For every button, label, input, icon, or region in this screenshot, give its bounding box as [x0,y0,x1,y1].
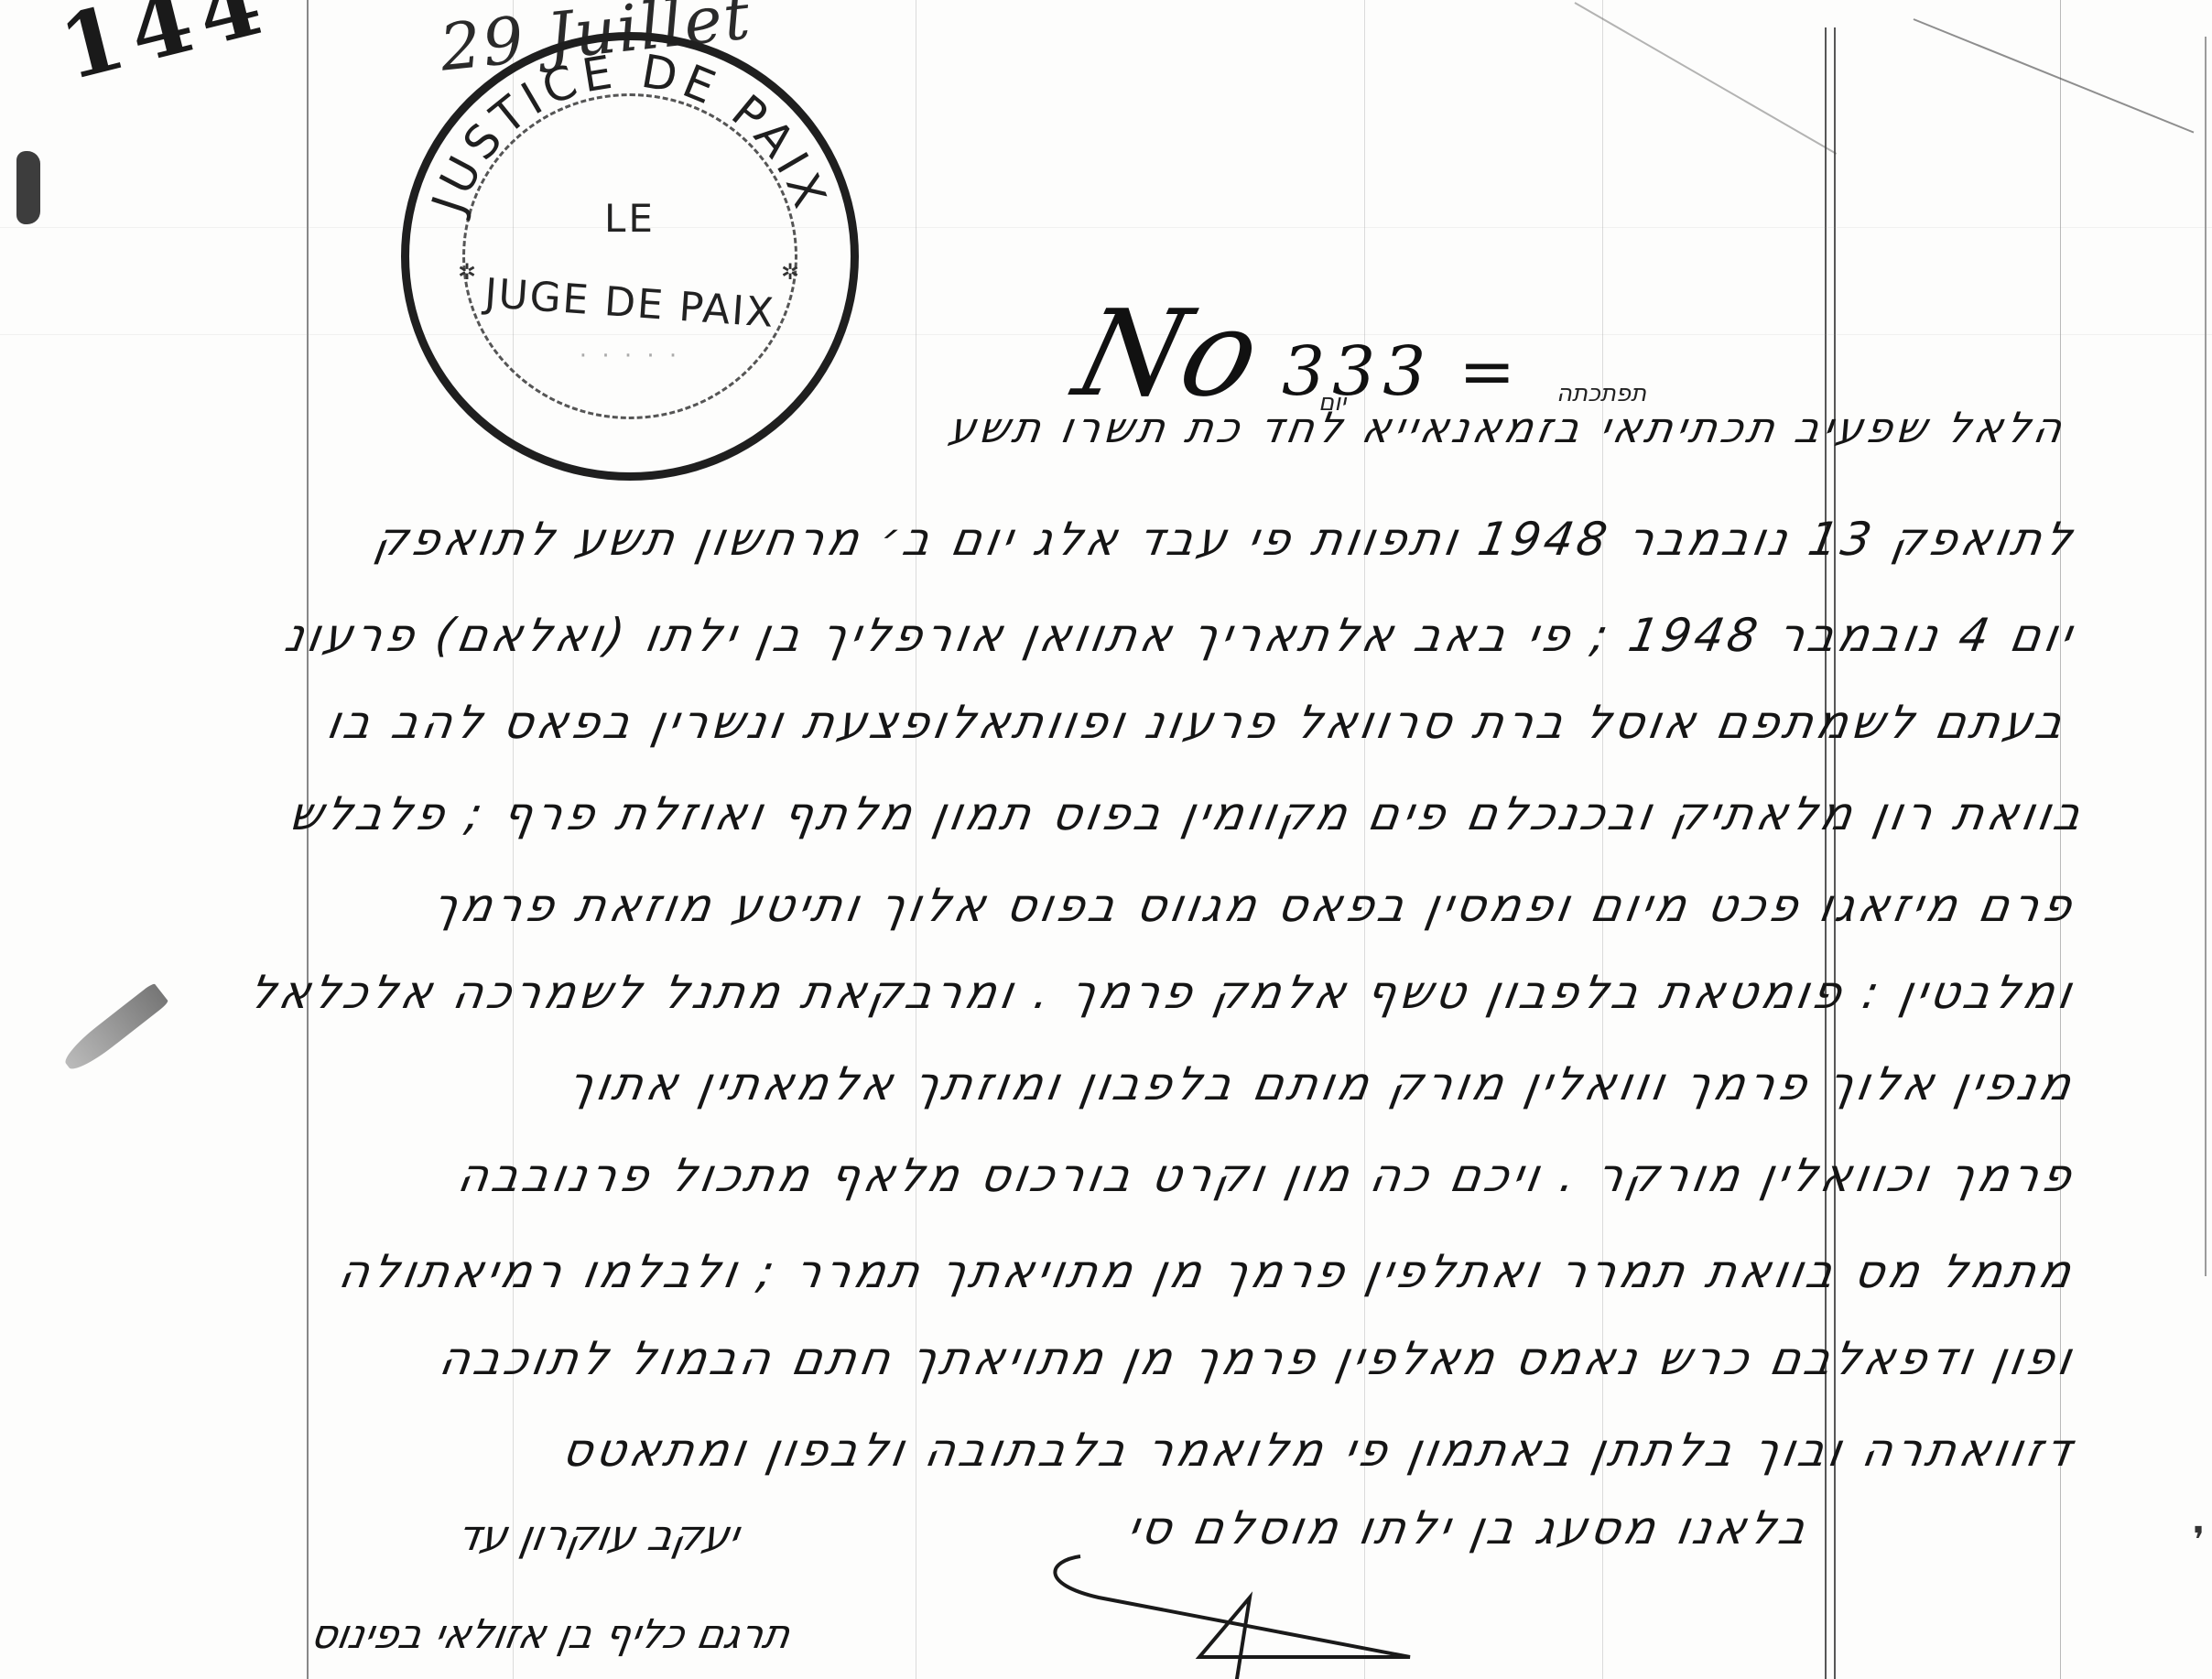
text-line: פרם מיזאגו פכט מיום ופמסין בפאס מגווס בפ… [428,879,2079,932]
stamp-line-le: LE [409,196,851,241]
text-line: ומלבטין : פומטאת בלפבון טשף אלמק פרמך . … [245,966,2079,1019]
fold-line [1914,18,2195,133]
number-mark: = [1458,332,1515,411]
text-line: ופון ודפאלבם כרש נאמס מאלפין פרמך מן מתו… [436,1332,2079,1385]
stamp-faint-line: · · · · · [409,342,851,370]
ink-blot [16,151,40,224]
witness-signature-2: תרגם כליף בן אזולאי בפינוס [308,1611,795,1658]
text-line: בוואת רון מלאתיק ובכנכלם פים מקוומין בפו… [285,787,2088,840]
number-value: 333 [1282,332,1433,411]
page-number: 144 [50,0,280,101]
text-line: יום 4 נובמבר 1948 ; פי באב אלתאריך אתווא… [281,609,2079,662]
text-line: לתואפק 13 נובמבר 1948 ותפוות פי עבד אלג … [371,513,2079,566]
signature-flourish-icon [1044,1520,1428,1679]
text-line: מתמל מס בוואת תמרר ואתלפין פרמך מן מתויא… [335,1245,2079,1298]
stamp-arc-text: JUSTICE DE PAIX ✲ ✲ [401,32,859,481]
fold-line [1575,2,1838,155]
corner-mark: ❜ [2193,1520,2205,1562]
text-line: דזוואתרה ובוך בלתתן באתמון פי מלואמר בלב… [558,1424,2079,1477]
text-line: פרמך וכוואלין מורקר . ויכם כה מון וקרט ב… [454,1149,2079,1202]
text-line: הלאל שפעיב תכתיתאי בזמאנאייא לחד כת תשרו… [946,403,2070,452]
document-page: 144 29 Juillet JUSTICE DE PAIX ✲ ✲ LE JU… [0,0,2212,1679]
witness-signature-1: יעקב עוקרון עד [453,1511,743,1560]
ruled-row [0,227,2212,228]
text-line: מנפין אלוך פרמך ווואלין מורק מותם בלפבון… [564,1057,2079,1110]
page-edge-line [2205,37,2207,1276]
court-stamp: JUSTICE DE PAIX ✲ ✲ LE JUGE DE PAIX · · … [401,32,859,481]
pen-smudge [60,982,169,1076]
text-line: בעתם לשמתפם אוסל ברת סרוואל פרעונ ופוותא… [322,696,2070,749]
svg-text:✲: ✲ [781,259,799,285]
